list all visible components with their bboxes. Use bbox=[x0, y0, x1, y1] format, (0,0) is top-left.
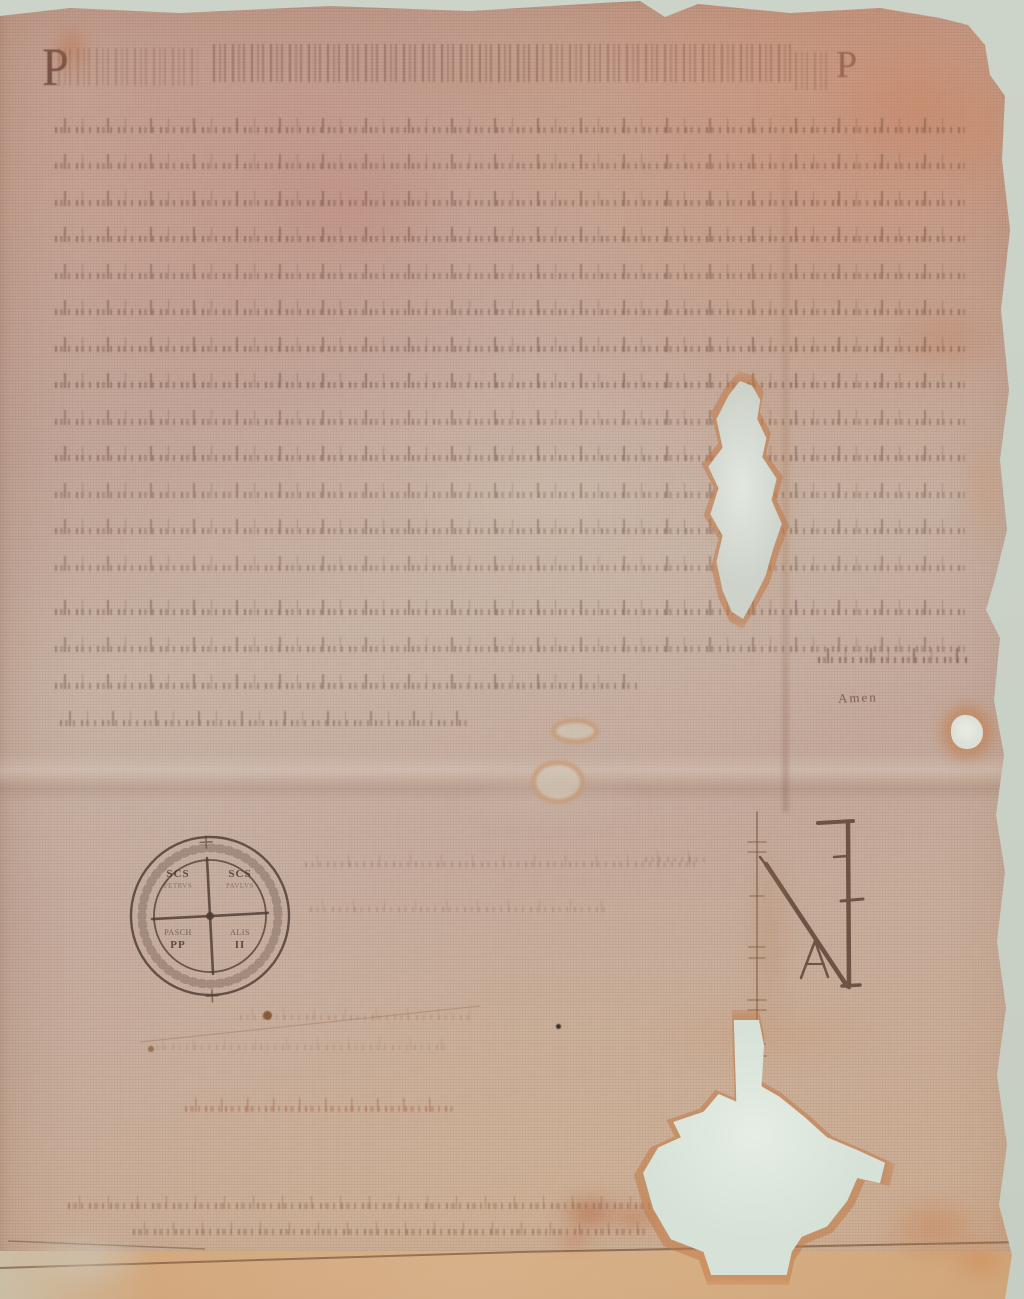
parchment-stain bbox=[60, 430, 360, 650]
body-script-line bbox=[55, 674, 640, 689]
ego-subscription-line bbox=[185, 1098, 453, 1112]
ink-dot bbox=[263, 1011, 272, 1020]
body-script-line bbox=[55, 556, 965, 571]
red-stain bbox=[985, 1180, 1024, 1260]
body-script-line bbox=[55, 519, 965, 534]
body-script-line bbox=[55, 191, 965, 206]
subscription-script-line bbox=[240, 1008, 470, 1020]
body-script-line bbox=[55, 227, 965, 242]
body-script-line bbox=[818, 648, 968, 663]
body-script-line bbox=[55, 446, 965, 461]
body-script-line bbox=[55, 118, 965, 133]
subscription-script-line bbox=[305, 855, 695, 867]
body-script-line bbox=[55, 337, 965, 352]
body-script-line bbox=[55, 410, 965, 425]
red-stain bbox=[545, 1225, 605, 1255]
body-script-line bbox=[55, 483, 965, 498]
ring-stain bbox=[551, 718, 599, 744]
elongated-script-line bbox=[795, 52, 833, 90]
elongated-script-line bbox=[58, 48, 198, 86]
body-script-line bbox=[60, 711, 470, 726]
body-script-line bbox=[55, 373, 965, 388]
elongated-script-line bbox=[213, 44, 545, 82]
body-script-line bbox=[55, 264, 965, 279]
hole-damage bbox=[951, 715, 983, 749]
subscription-script-line bbox=[150, 1038, 450, 1050]
subscription-script-line bbox=[645, 850, 705, 862]
elongated-script-line bbox=[550, 44, 796, 82]
charter-photo: P P Amen SCS PETRVS SCS PAVLV bbox=[0, 0, 1024, 1299]
body-script-line bbox=[55, 600, 965, 615]
ink-dot bbox=[556, 1024, 561, 1029]
ring-stain bbox=[531, 760, 585, 804]
subscription-script-line bbox=[310, 900, 610, 912]
body-script-line bbox=[55, 154, 965, 169]
red-stain bbox=[940, 1230, 1020, 1290]
ink-dot bbox=[148, 1046, 154, 1052]
parchment: P P Amen SCS PETRVS SCS PAVLV bbox=[0, 0, 1024, 1299]
body-script-line bbox=[55, 300, 965, 315]
